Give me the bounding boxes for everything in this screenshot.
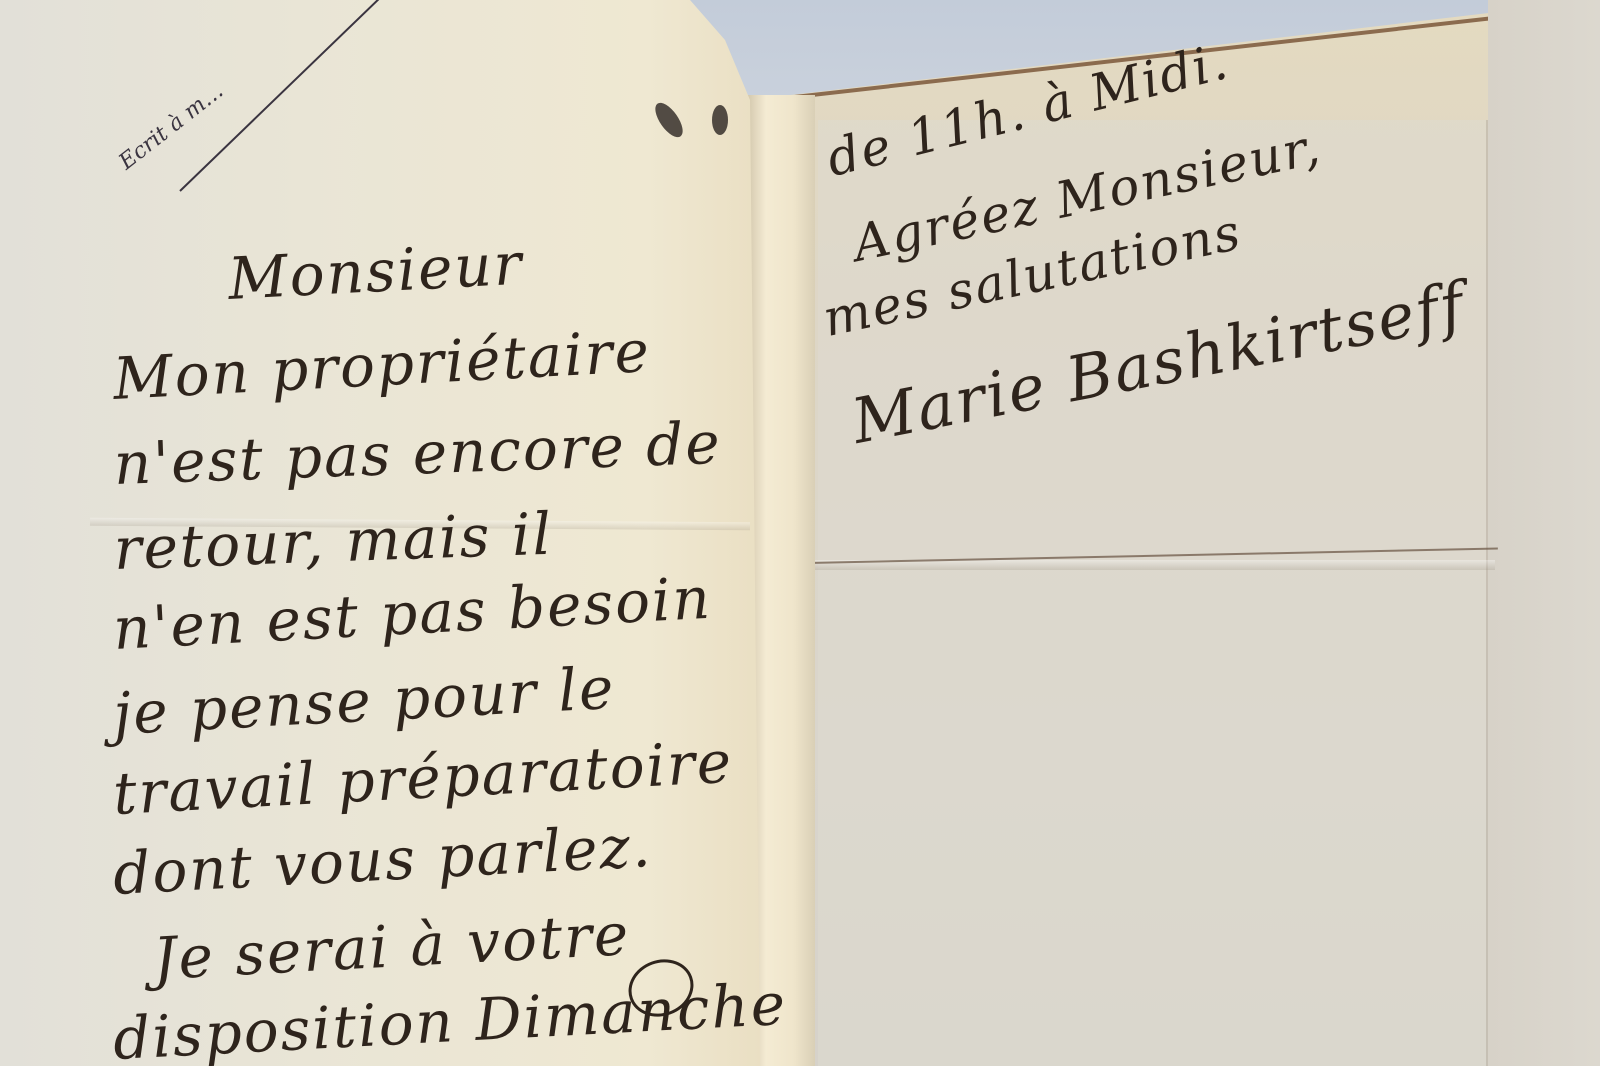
right-page-margin	[1488, 0, 1600, 1066]
ink-blot	[712, 105, 728, 135]
